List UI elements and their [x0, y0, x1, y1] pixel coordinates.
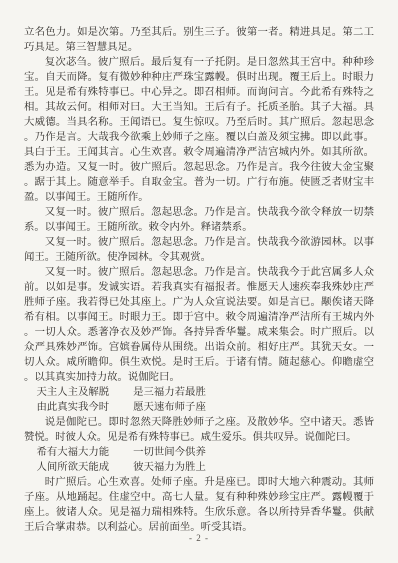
paragraph: 时广照后。心生欢喜。处师子座。升是座已。即时大地六种震动。其师子座。从地踊起。住…: [24, 475, 374, 535]
verse-line: 希有大福大力能一切世间今供养: [24, 445, 374, 460]
paragraph: 又复一时。彼广照后。忽起思念。乃作是言。快哉我今于此宫属多人众前。以如是事。发诚…: [24, 265, 374, 385]
verse-line: 天主人主及解脱是三福力若最胜: [24, 385, 374, 400]
paragraph: 又复一时。彼广照后。忽起思念。乃作是言。快哉我今欲游园林。以事闻王。王随所欲。使…: [24, 235, 374, 265]
verse-line: 由此真实我今时愿天速布师子座: [24, 400, 374, 415]
text-block: 立名色力。如是次第。乃至其后。别生三子。彼第一者。精进具足。第二工巧具足。第三智…: [24, 25, 374, 535]
paragraph: 立名色力。如是次第。乃至其后。别生三子。彼第一者。精进具足。第二工巧具足。第三智…: [24, 25, 374, 55]
verse-stanza: 天主人主及解脱是三福力若最胜 由此真实我今时愿天速布师子座: [24, 385, 374, 415]
verse-half-left: 天主人主及解脱: [36, 387, 109, 398]
verse-half-right: 是三福力若最胜: [133, 387, 206, 398]
verse-half-left: 人间所欲天能成: [36, 462, 109, 473]
page-number: - 2 -: [0, 533, 398, 543]
verse-half-left: 希有大福大力能: [36, 447, 109, 458]
paragraph: 又复一时。彼广照后。忽起思念。乃作是言。快哉我今欲令释放一切禁系。以事闻王。王随…: [24, 205, 374, 235]
verse-half-right: 愿天速布师子座: [133, 402, 206, 413]
verse-half-right: 彼天福力为胜上: [133, 462, 206, 473]
verse-half-right: 一切世间今供养: [133, 447, 206, 458]
verse-line: 人间所欲天能成彼天福力为胜上: [24, 460, 374, 475]
verse-half-left: 由此真实我今时: [36, 402, 109, 413]
paragraph: 说是伽陀已。即时忽然天降胜妙师子之座。及散妙华。空中诸天。悉皆赞悦。时彼人众。见…: [24, 415, 374, 445]
paragraph: 复次苾刍。彼广照后。最后复有一子托阴。是日忽然其王宫中。种种珍宝。自天而降。复有…: [24, 55, 374, 205]
verse-stanza: 希有大福大力能一切世间今供养 人间所欲天能成彼天福力为胜上: [24, 445, 374, 475]
scanned-sutra-page: 立名色力。如是次第。乃至其后。别生三子。彼第一者。精进具足。第二工巧具足。第三智…: [0, 0, 398, 563]
